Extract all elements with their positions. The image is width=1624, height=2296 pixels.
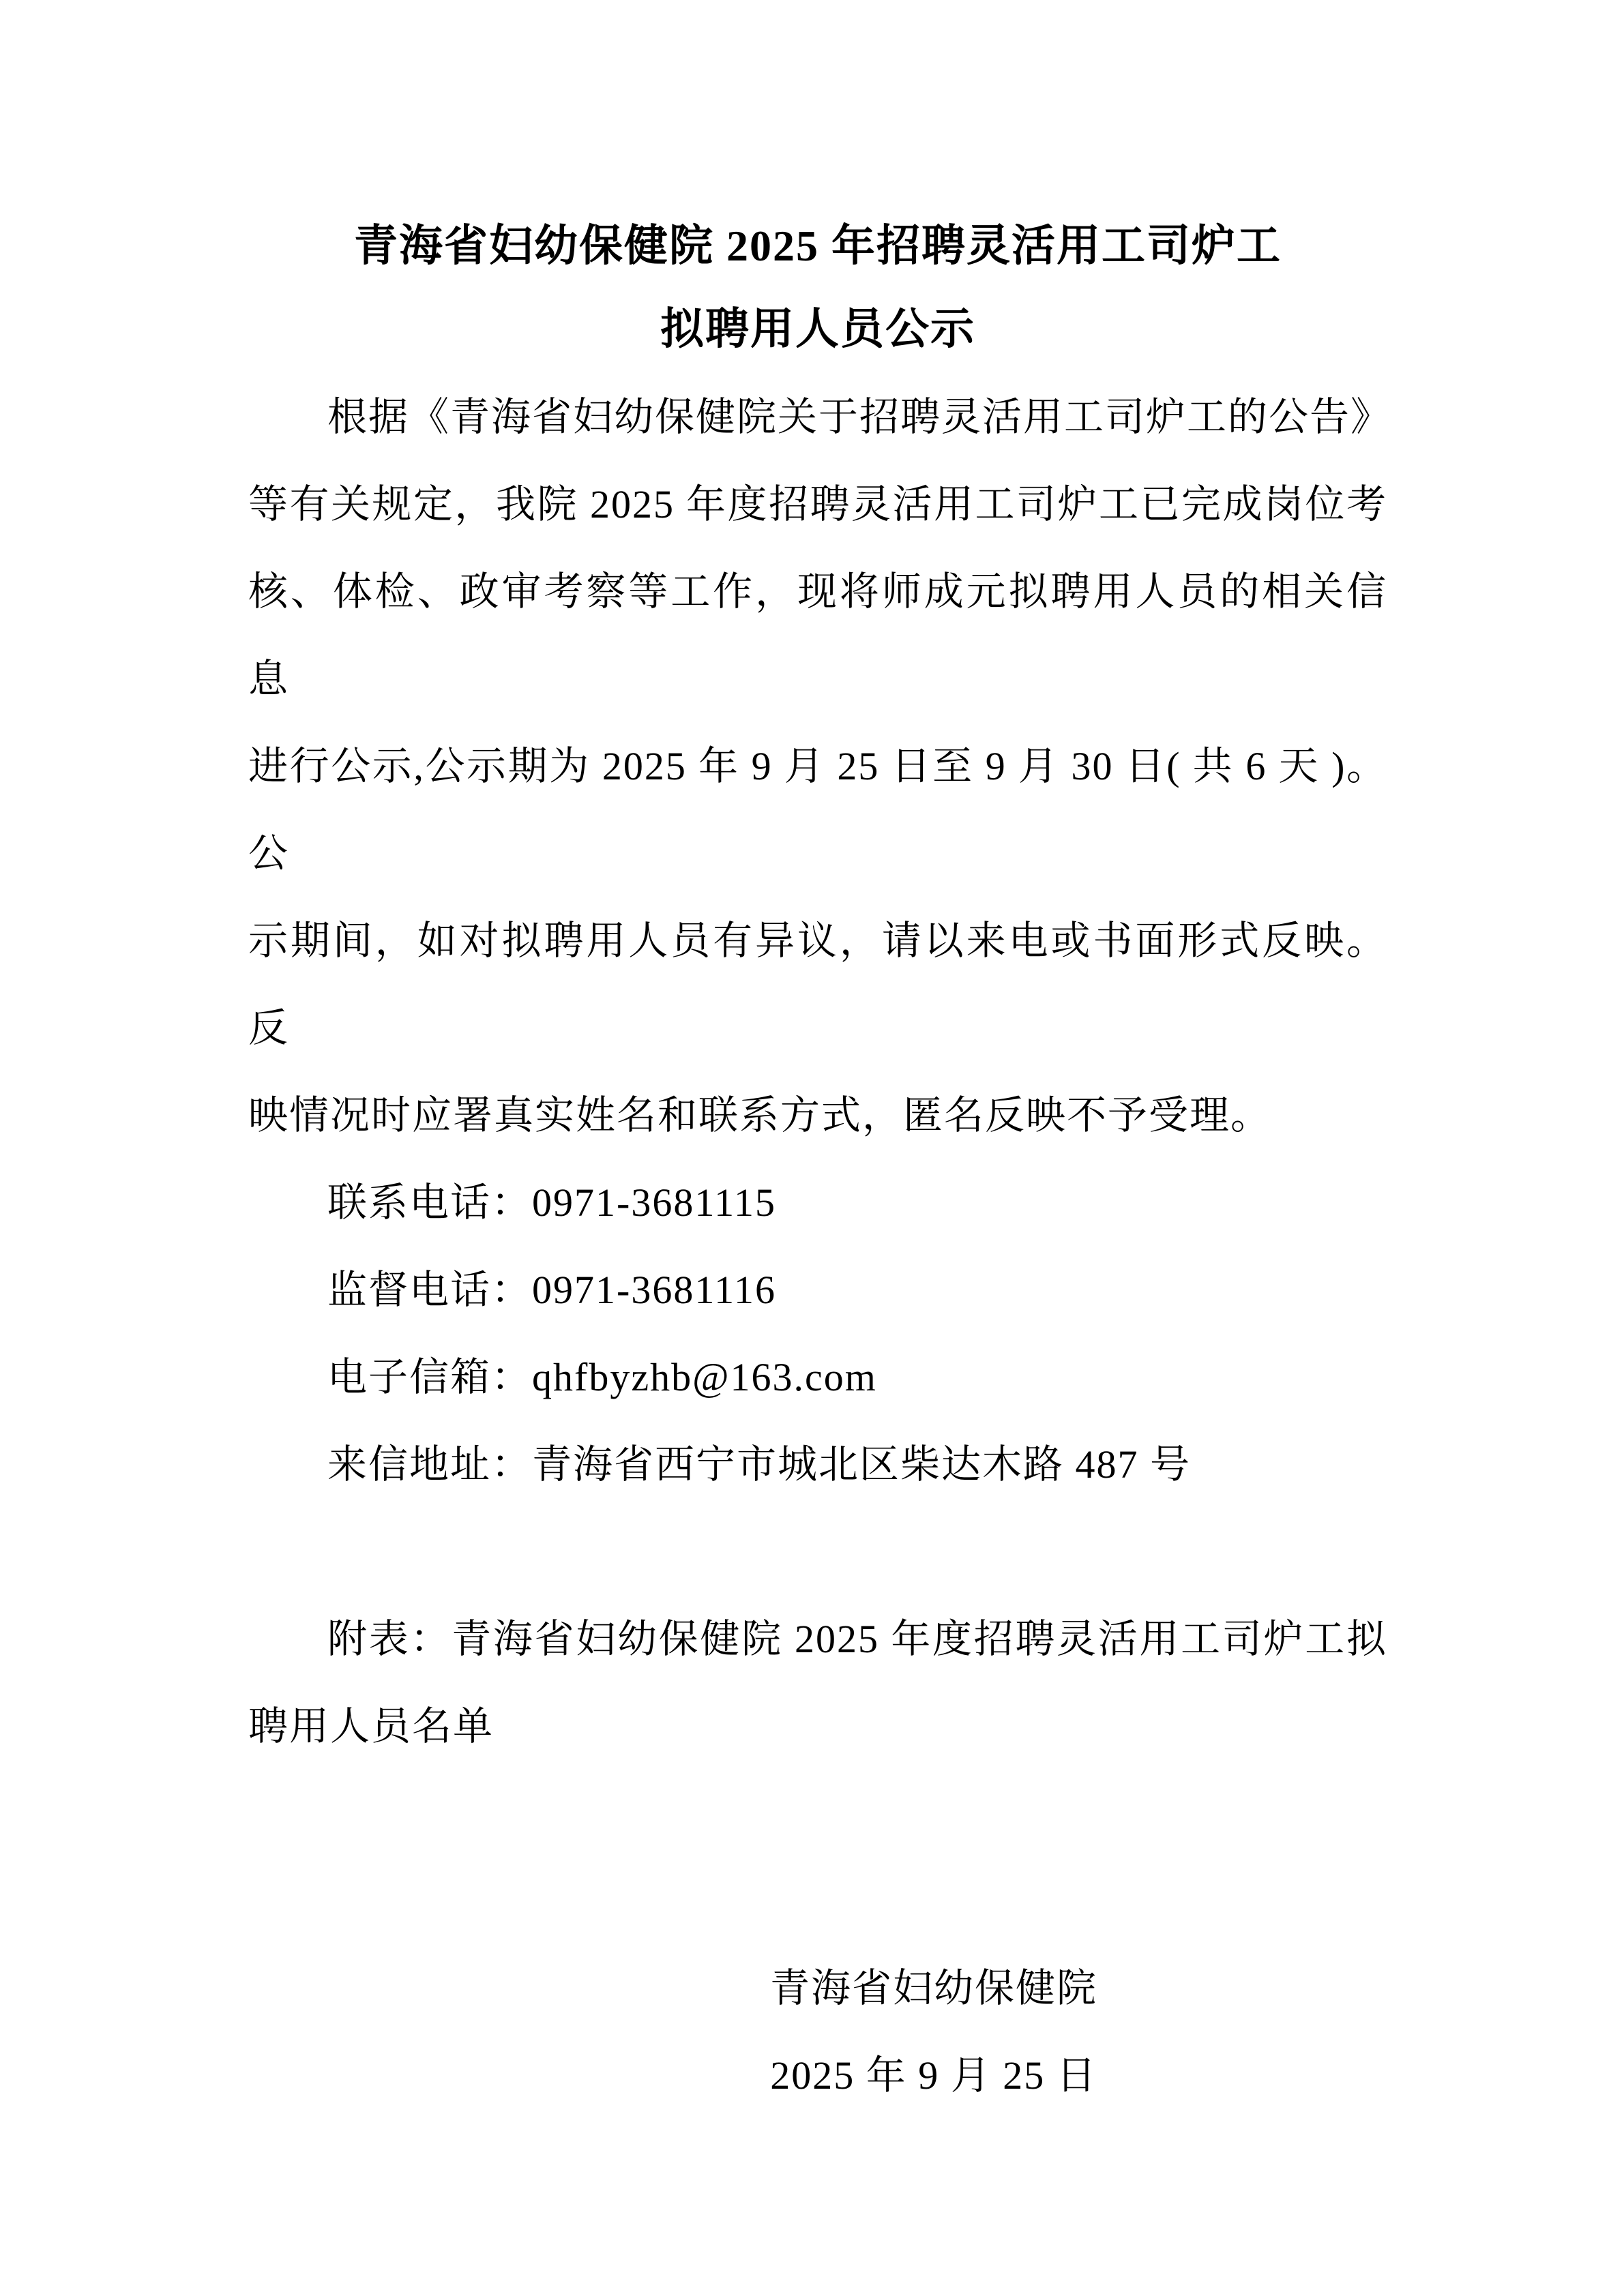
body-paragraph: 根据《青海省妇幼保健院关于招聘灵活用工司炉工的公告》 等有关规定，我院 2025… (248, 374, 1387, 1159)
attachment-line-2: 聘用人员名单 (248, 1683, 1387, 1770)
document-page: 青海省妇幼保健院 2025 年招聘灵活用工司炉工 拟聘用人员公示 根据《青海省妇… (0, 0, 1624, 2296)
contact-row-phone: 联系电话：0971-3681115 (248, 1159, 1387, 1247)
document-content: 青海省妇幼保健院 2025 年招聘灵活用工司炉工 拟聘用人员公示 根据《青海省妇… (248, 0, 1387, 2119)
contact-label: 监督电话： (327, 1268, 532, 1312)
signature-date: 2025 年 9 月 25 日 (480, 2032, 1387, 2119)
contact-value: 0971-3681116 (532, 1268, 776, 1312)
contact-label: 电子信箱： (327, 1355, 532, 1399)
signature-block: 青海省妇幼保健院 2025 年 9 月 25 日 (480, 1945, 1387, 2119)
title-line-1: 青海省妇幼保健院 2025 年招聘灵活用工司炉工 (248, 205, 1387, 288)
paragraph-line-4: 进行公示,公示期为 2025 年 9 月 25 日至 9 月 30 日( 共 6… (248, 723, 1387, 897)
contact-value: 青海省西宁市城北区柴达木路 487 号 (532, 1442, 1191, 1487)
contact-label: 联系电话： (327, 1180, 532, 1225)
contact-value: 0971-3681115 (532, 1180, 776, 1225)
contact-row-mail-address: 来信地址：青海省西宁市城北区柴达木路 487 号 (248, 1421, 1387, 1508)
attachment-note: 附表：青海省妇幼保健院 2025 年度招聘灵活用工司炉工拟 聘用人员名单 (248, 1596, 1387, 1770)
document-title: 青海省妇幼保健院 2025 年招聘灵活用工司炉工 拟聘用人员公示 (248, 205, 1387, 371)
paragraph-line-6: 映情况时应署真实姓名和联系方式，匿名反映不予受理。 (248, 1072, 1387, 1159)
paragraph-line-3: 核、体检、政审考察等工作，现将师成元拟聘用人员的相关信息 (248, 548, 1387, 723)
contact-row-email: 电子信箱：qhfbyzhb@163.com (248, 1334, 1387, 1421)
paragraph-line-5: 示期间，如对拟聘用人员有异议，请以来电或书面形式反映。反 (248, 897, 1387, 1072)
attachment-line-1: 附表：青海省妇幼保健院 2025 年度招聘灵活用工司炉工拟 (248, 1596, 1387, 1683)
signature-org: 青海省妇幼保健院 (480, 1945, 1387, 2032)
blank-line (248, 1508, 1387, 1596)
contact-row-supervision-phone: 监督电话：0971-3681116 (248, 1247, 1387, 1334)
contact-label: 来信地址： (327, 1442, 532, 1487)
contact-info: 联系电话：0971-3681115 监督电话：0971-3681116 电子信箱… (248, 1159, 1387, 1508)
paragraph-line-1: 根据《青海省妇幼保健院关于招聘灵活用工司炉工的公告》 (248, 374, 1387, 461)
title-line-2: 拟聘用人员公示 (248, 288, 1387, 371)
contact-value: qhfbyzhb@163.com (532, 1355, 877, 1399)
paragraph-line-2: 等有关规定，我院 2025 年度招聘灵活用工司炉工已完成岗位考 (248, 461, 1387, 548)
blank-lines (248, 1770, 1387, 1945)
